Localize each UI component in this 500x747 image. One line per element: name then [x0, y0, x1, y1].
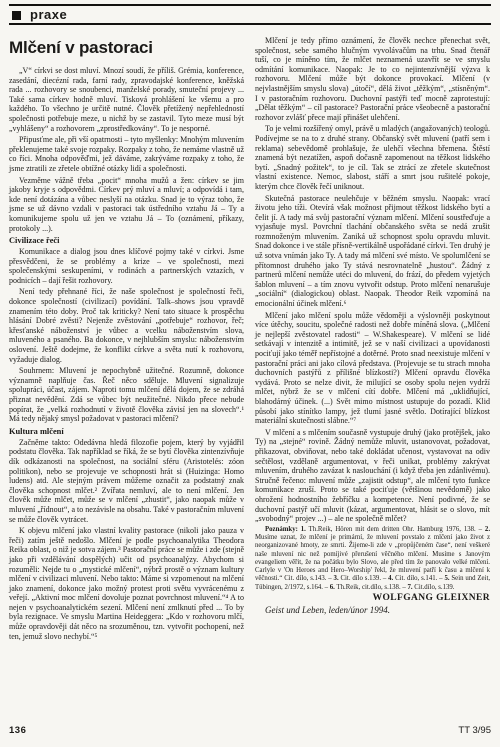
article-body: Mlčení v pastoraci „V“ církvi se dost ml…	[9, 25, 491, 643]
footnote-number: 5.	[444, 575, 449, 582]
author-name: WOLFGANG GLEIXNER	[255, 594, 490, 604]
footnote-number: 7.	[407, 584, 412, 591]
section-heading: Kultura mlčení	[9, 427, 244, 437]
footnote-text: Cit.dílo, s.139.	[414, 584, 454, 591]
section-header: praxe	[9, 4, 491, 25]
right-column: Mlčení je tedy přímo oznámení, že člověk…	[255, 25, 490, 617]
footnotes-label: Poznámky:	[265, 526, 298, 533]
left-column: Mlčení v pastoraci „V“ církvi se dost ml…	[9, 25, 244, 643]
footnote-number: 6.	[330, 584, 335, 591]
footnote-text: Cit. dílo s.139. –	[341, 575, 387, 582]
section-label: praxe	[30, 8, 67, 21]
paragraph: Skutečná pastorace neulehčuje v běžném s…	[255, 194, 490, 309]
paragraph: Vezměme vážně třeba „pocit“ mnoha mužů a…	[9, 176, 244, 234]
paragraph: „V“ církvi se dost mluví. Mnozí soudí, ž…	[9, 66, 244, 133]
source-citation: Geist und Leben, leden/únor 1994.	[255, 606, 490, 616]
paragraph: Mlčení je tedy přímo oznámení, že člověk…	[255, 36, 490, 122]
footnote-number: 3.	[334, 575, 339, 582]
footnotes: Poznámky: 1. Th.Reik, Hören mit dem drit…	[255, 526, 490, 592]
paragraph: Připusťme ale, při vší opatrnosti – tyto…	[9, 135, 244, 173]
page-number: 136	[9, 725, 26, 736]
paragraph: Mlčení jako mlčení spolu může vědoměji a…	[255, 311, 490, 426]
paragraph: To je velmi rozšířený omyl, právě u mlad…	[255, 124, 490, 191]
paragraph: V mlčení a s mlčením současně vystupuje …	[255, 428, 490, 524]
footnote-number: 4.	[388, 575, 393, 582]
footnote-number: 2.	[485, 526, 490, 533]
footnote-number: 1.	[301, 526, 306, 533]
footnote-text: Cit. dílo, s.141. –	[395, 575, 442, 582]
magazine-page: praxe Mlčení v pastoraci „V“ církvi se d…	[0, 0, 500, 747]
page-footer: 136 TT 3/95	[9, 725, 491, 736]
issue-number: TT 3/95	[458, 725, 491, 736]
paragraph: K objevu mlčení jako vlastní kvality pas…	[9, 526, 244, 641]
footnote-text: Th.Reik, cit.dílo, s.138. –	[336, 584, 405, 591]
article-title: Mlčení v pastoraci	[9, 39, 244, 57]
section-marker-icon	[12, 11, 21, 20]
paragraph: Komunikace a dialog jsou dnes klíčové po…	[9, 247, 244, 285]
paragraph: Není tedy přehnané říci, že naše společn…	[9, 287, 244, 364]
footnote-text: Th.Reik, Hören mit dem dritten Ohr. Hamb…	[309, 526, 482, 533]
paragraph: Začněme takto: Odedávna hledá filozofie …	[9, 438, 244, 524]
section-heading: Civilizace řeči	[9, 236, 244, 246]
paragraph: Souhrnem: Mluvení je nepochybně užitečné…	[9, 366, 244, 424]
